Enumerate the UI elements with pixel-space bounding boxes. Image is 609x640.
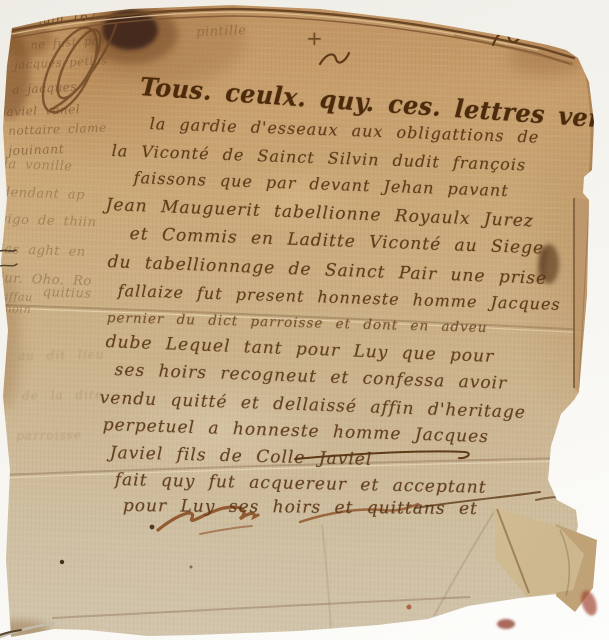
corner-note: ne fust pas — [30, 35, 106, 52]
ghost-fragment: de la dite — [22, 389, 103, 402]
body-line: ses hoirs recogneut et confessa avoir — [114, 362, 507, 393]
corner-note: a jacques — [12, 81, 77, 96]
corner-note: jouinant — [8, 143, 64, 157]
body-line: pernier du dict parroisse et dont en adv… — [107, 312, 488, 335]
date-note: 3 juin 167 — [22, 10, 97, 28]
cross-mark-icon: + — [306, 28, 324, 48]
margin-fragment: vigo de thiin — [0, 213, 97, 229]
body-line: fallaize fut present honneste homme Jacq… — [117, 283, 560, 313]
body-line: fait quy fut acquereur et acceptant — [115, 472, 487, 497]
squiggle-flourish-icon — [320, 26, 532, 64]
right-edge-sliver — [573, 196, 591, 392]
faded-word-pintille: pintille — [196, 24, 247, 39]
ink-specks — [60, 525, 412, 610]
ghost-fragment: parroisse — [16, 429, 82, 442]
body-line: perpetuel a honneste homme Jacques — [102, 417, 489, 446]
margin-fragment: quitius — [43, 286, 92, 301]
margin-fragment: thoin — [0, 303, 31, 315]
corner-note: nottaire clame — [8, 122, 107, 137]
ghost-fragment: au dit lieu — [18, 348, 105, 362]
body-line: et Commis en Laditte Viconté au Siege — [129, 226, 544, 257]
body-line: pour Luy ses hoirs et quittans et — [123, 498, 478, 518]
corner-note: javiel vanel — [2, 103, 80, 118]
body-line: Javiel fils de Colle Javiel — [110, 445, 373, 469]
manuscript-photo: 3 juin 167 ne fust pas jacques petios a … — [0, 0, 609, 640]
corner-note: jacques petios — [14, 55, 108, 71]
body-line: faissons que par devant Jehan pavant — [133, 170, 509, 199]
margin-fragment: la vonille — [4, 158, 73, 173]
margin-fragment: jas aght en — [0, 243, 86, 259]
margin-fragment: dendant ap — [2, 186, 86, 202]
